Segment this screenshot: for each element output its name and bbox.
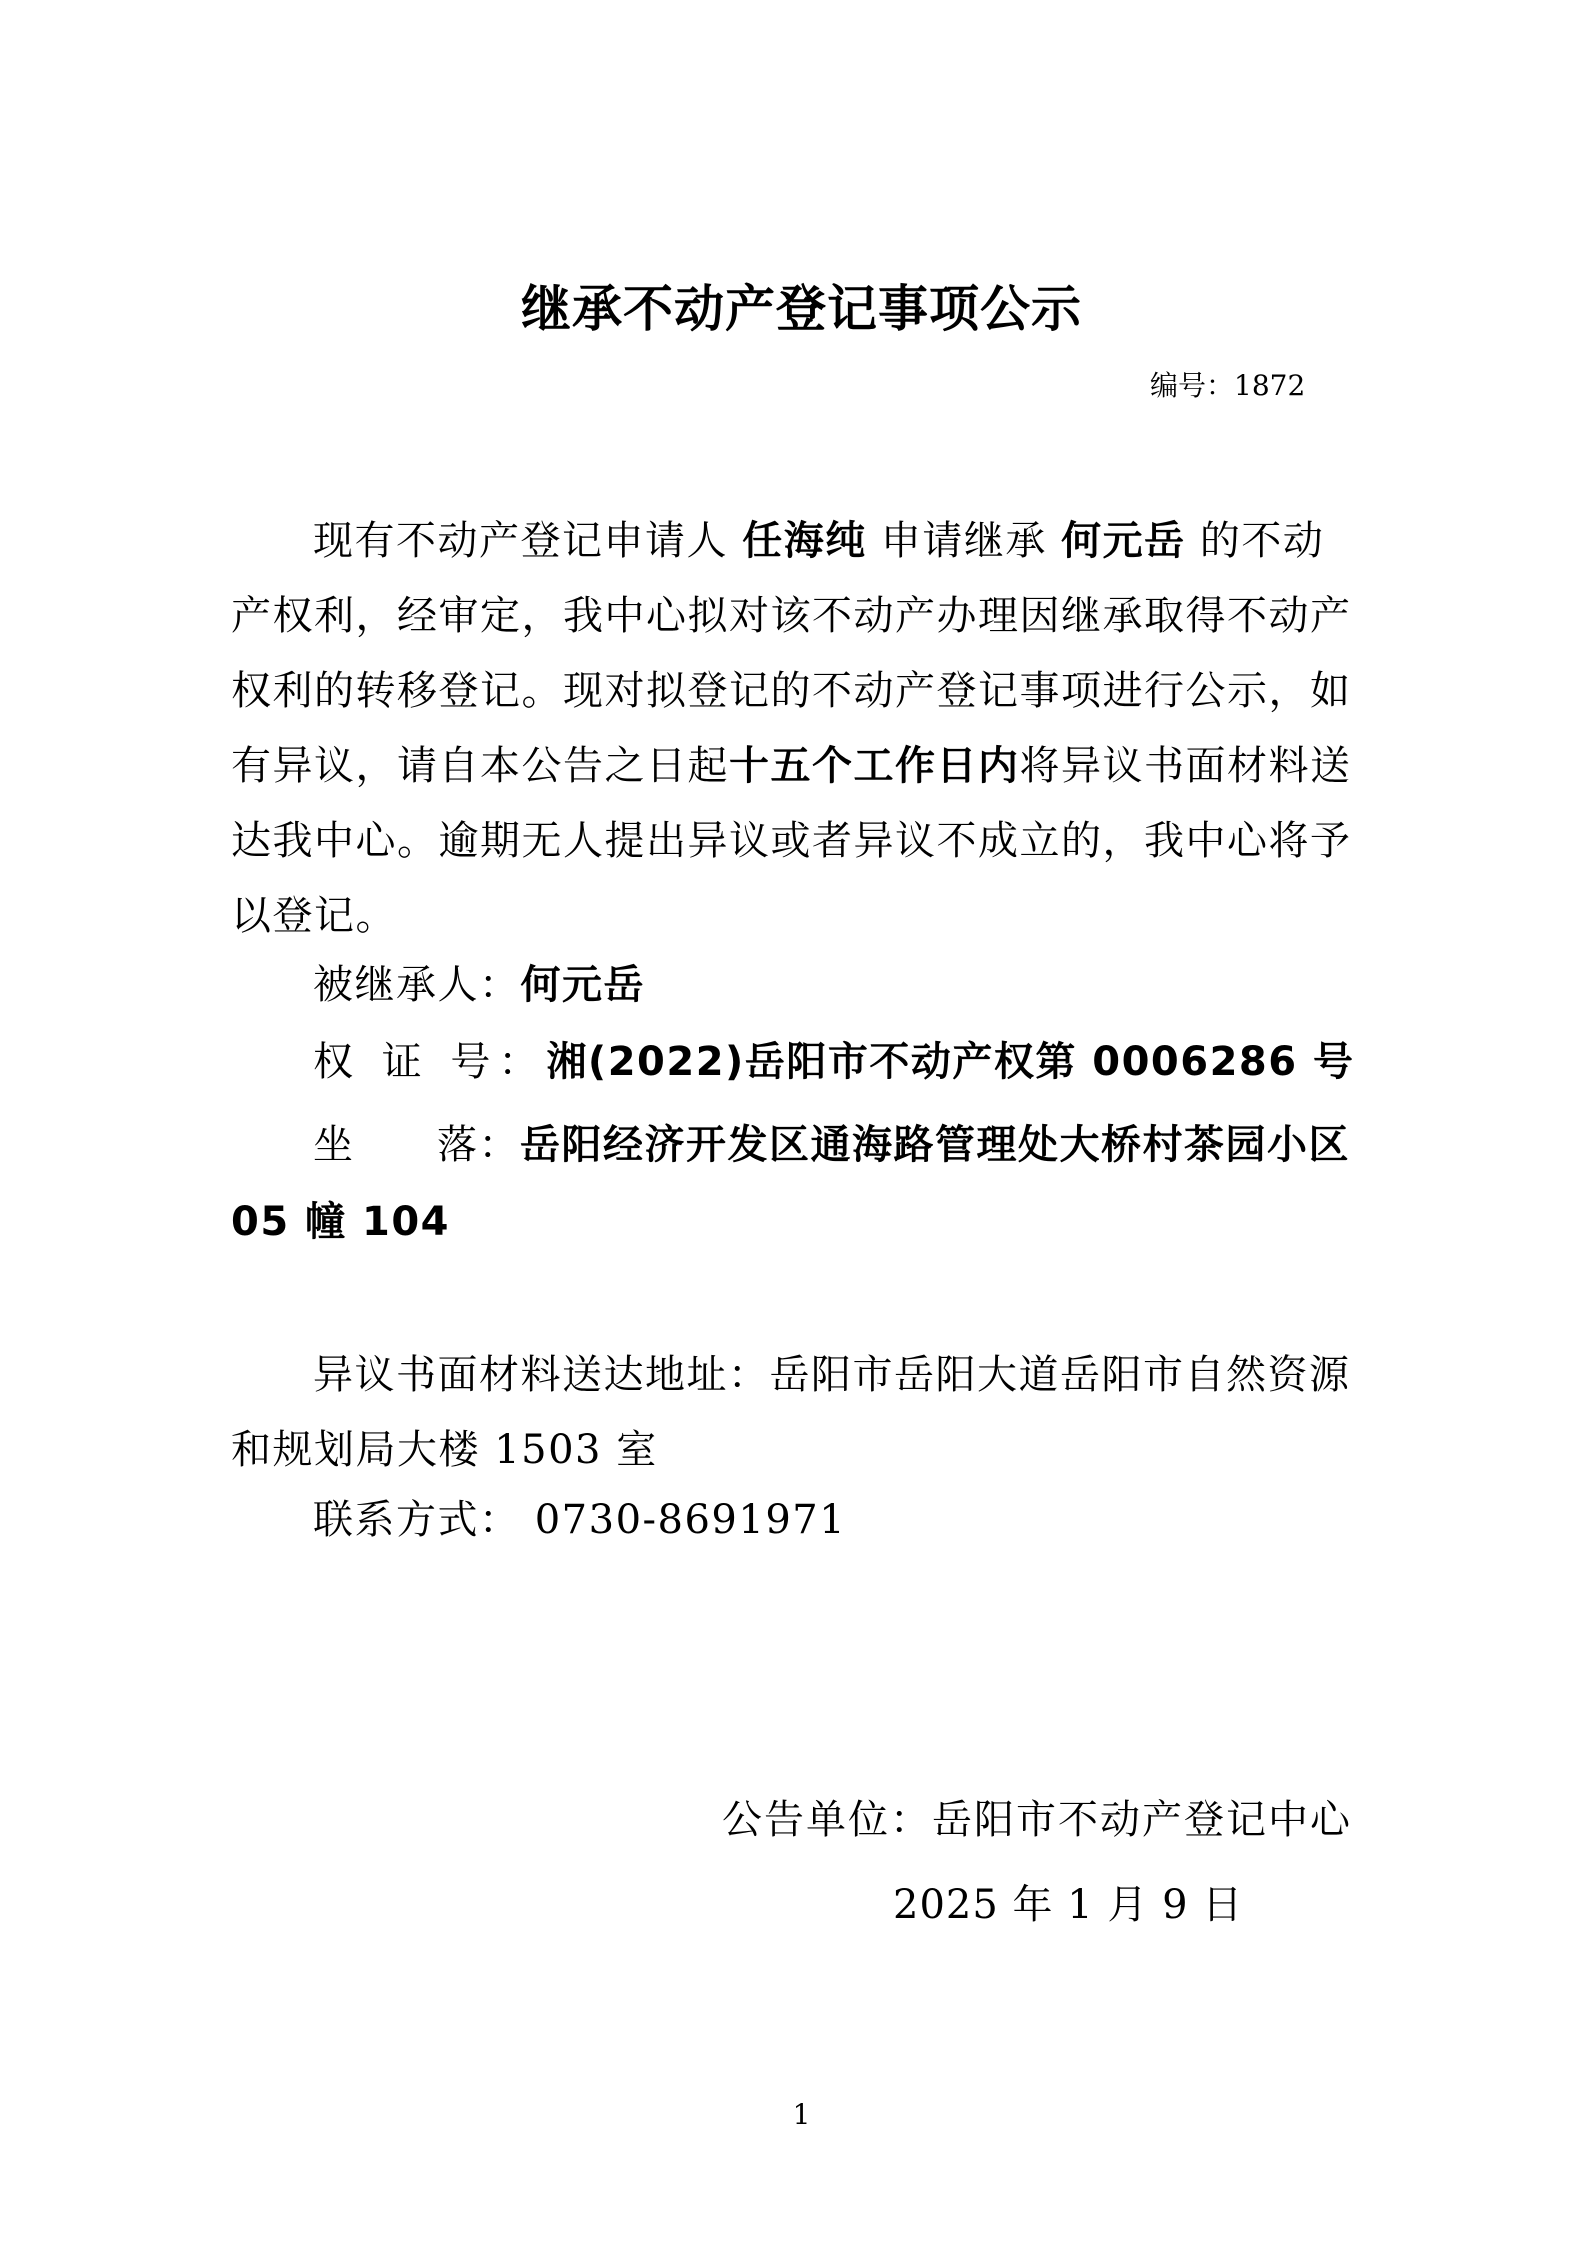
page-number: 1 bbox=[0, 2098, 1587, 2132]
paragraph-text: 现有不动产登记申请人 bbox=[313, 518, 742, 564]
paragraph-line-2: 产权利，经审定，我中心拟对该不动产办理因继承取得不动产 bbox=[231, 579, 1361, 654]
paragraph-line-6: 以登记。 bbox=[231, 879, 1361, 954]
serial-number: 编号：1872 bbox=[1150, 368, 1305, 404]
paragraph-text: 的不动 bbox=[1186, 518, 1325, 564]
location-value-continued: 05 幢 104 bbox=[231, 1199, 450, 1245]
certificate-field: 权 证 号：湘(2022)岳阳市不动产权第 0006286 号 bbox=[313, 1032, 1355, 1092]
contact-label: 联系方式： bbox=[313, 1497, 521, 1543]
certificate-value: 湘(2022)岳阳市不动产权第 0006286 号 bbox=[546, 1039, 1354, 1085]
location-field-continued: 05 幢 104 bbox=[231, 1192, 450, 1252]
paragraph-line-3: 权利的转移登记。现对拟登记的不动产登记事项进行公示，如 bbox=[231, 654, 1361, 729]
objection-address-line-1: 异议书面材料送达地址：岳阳市岳阳大道岳阳市自然资源 bbox=[231, 1338, 1361, 1413]
heir-value: 何元岳 bbox=[521, 962, 646, 1008]
notice-paragraph: 现有不动产登记申请人 任海纯 申请继承 何元岳 的不动 产权利，经审定，我中心拟… bbox=[231, 504, 1361, 954]
issuing-unit: 公告单位：岳阳市不动产登记中心 bbox=[722, 1790, 1352, 1850]
applicant-name: 任海纯 bbox=[742, 518, 867, 564]
heir-field: 被继承人：何元岳 bbox=[313, 955, 645, 1015]
heir-label: 被继承人： bbox=[313, 955, 521, 1015]
location-field: 坐落：岳阳经济开发区通海路管理处大桥村茶园小区 bbox=[313, 1115, 1350, 1175]
objection-address: 异议书面材料送达地址：岳阳市岳阳大道岳阳市自然资源 和规划局大楼 1503 室 bbox=[231, 1338, 1361, 1488]
location-label-2: 落： bbox=[437, 1115, 520, 1175]
paragraph-text: 将异议书面材料送 bbox=[1020, 743, 1352, 789]
objection-period: 十五个工作日内 bbox=[729, 743, 1020, 789]
contact-phone: 0730-8691971 bbox=[535, 1497, 846, 1543]
document-title: 继承不动产登记事项公示 bbox=[0, 278, 1587, 340]
issue-date: 2025 年 1 月 9 日 bbox=[893, 1875, 1243, 1935]
serial-label: 编号： bbox=[1150, 369, 1234, 402]
decedent-name: 何元岳 bbox=[1061, 518, 1186, 564]
certificate-label: 权 证 号： bbox=[313, 1032, 546, 1092]
document-page: 继承不动产登记事项公示 编号：1872 现有不动产登记申请人 任海纯 申请继承 … bbox=[0, 0, 1587, 2245]
location-value: 岳阳经济开发区通海路管理处大桥村茶园小区 bbox=[520, 1122, 1350, 1168]
contact-info: 联系方式： 0730-8691971 bbox=[313, 1490, 846, 1550]
paragraph-text: 申请继承 bbox=[867, 518, 1061, 564]
paragraph-line-1: 现有不动产登记申请人 任海纯 申请继承 何元岳 的不动 bbox=[231, 504, 1361, 579]
paragraph-text: 有异议，请自本公告之日起 bbox=[231, 743, 729, 789]
location-label-1: 坐 bbox=[313, 1115, 437, 1175]
serial-value: 1872 bbox=[1234, 369, 1305, 402]
paragraph-line-4: 有异议，请自本公告之日起十五个工作日内将异议书面材料送 bbox=[231, 729, 1361, 804]
paragraph-line-5: 达我中心。逾期无人提出异议或者异议不成立的，我中心将予 bbox=[231, 804, 1361, 879]
objection-address-line-2: 和规划局大楼 1503 室 bbox=[231, 1413, 1361, 1488]
